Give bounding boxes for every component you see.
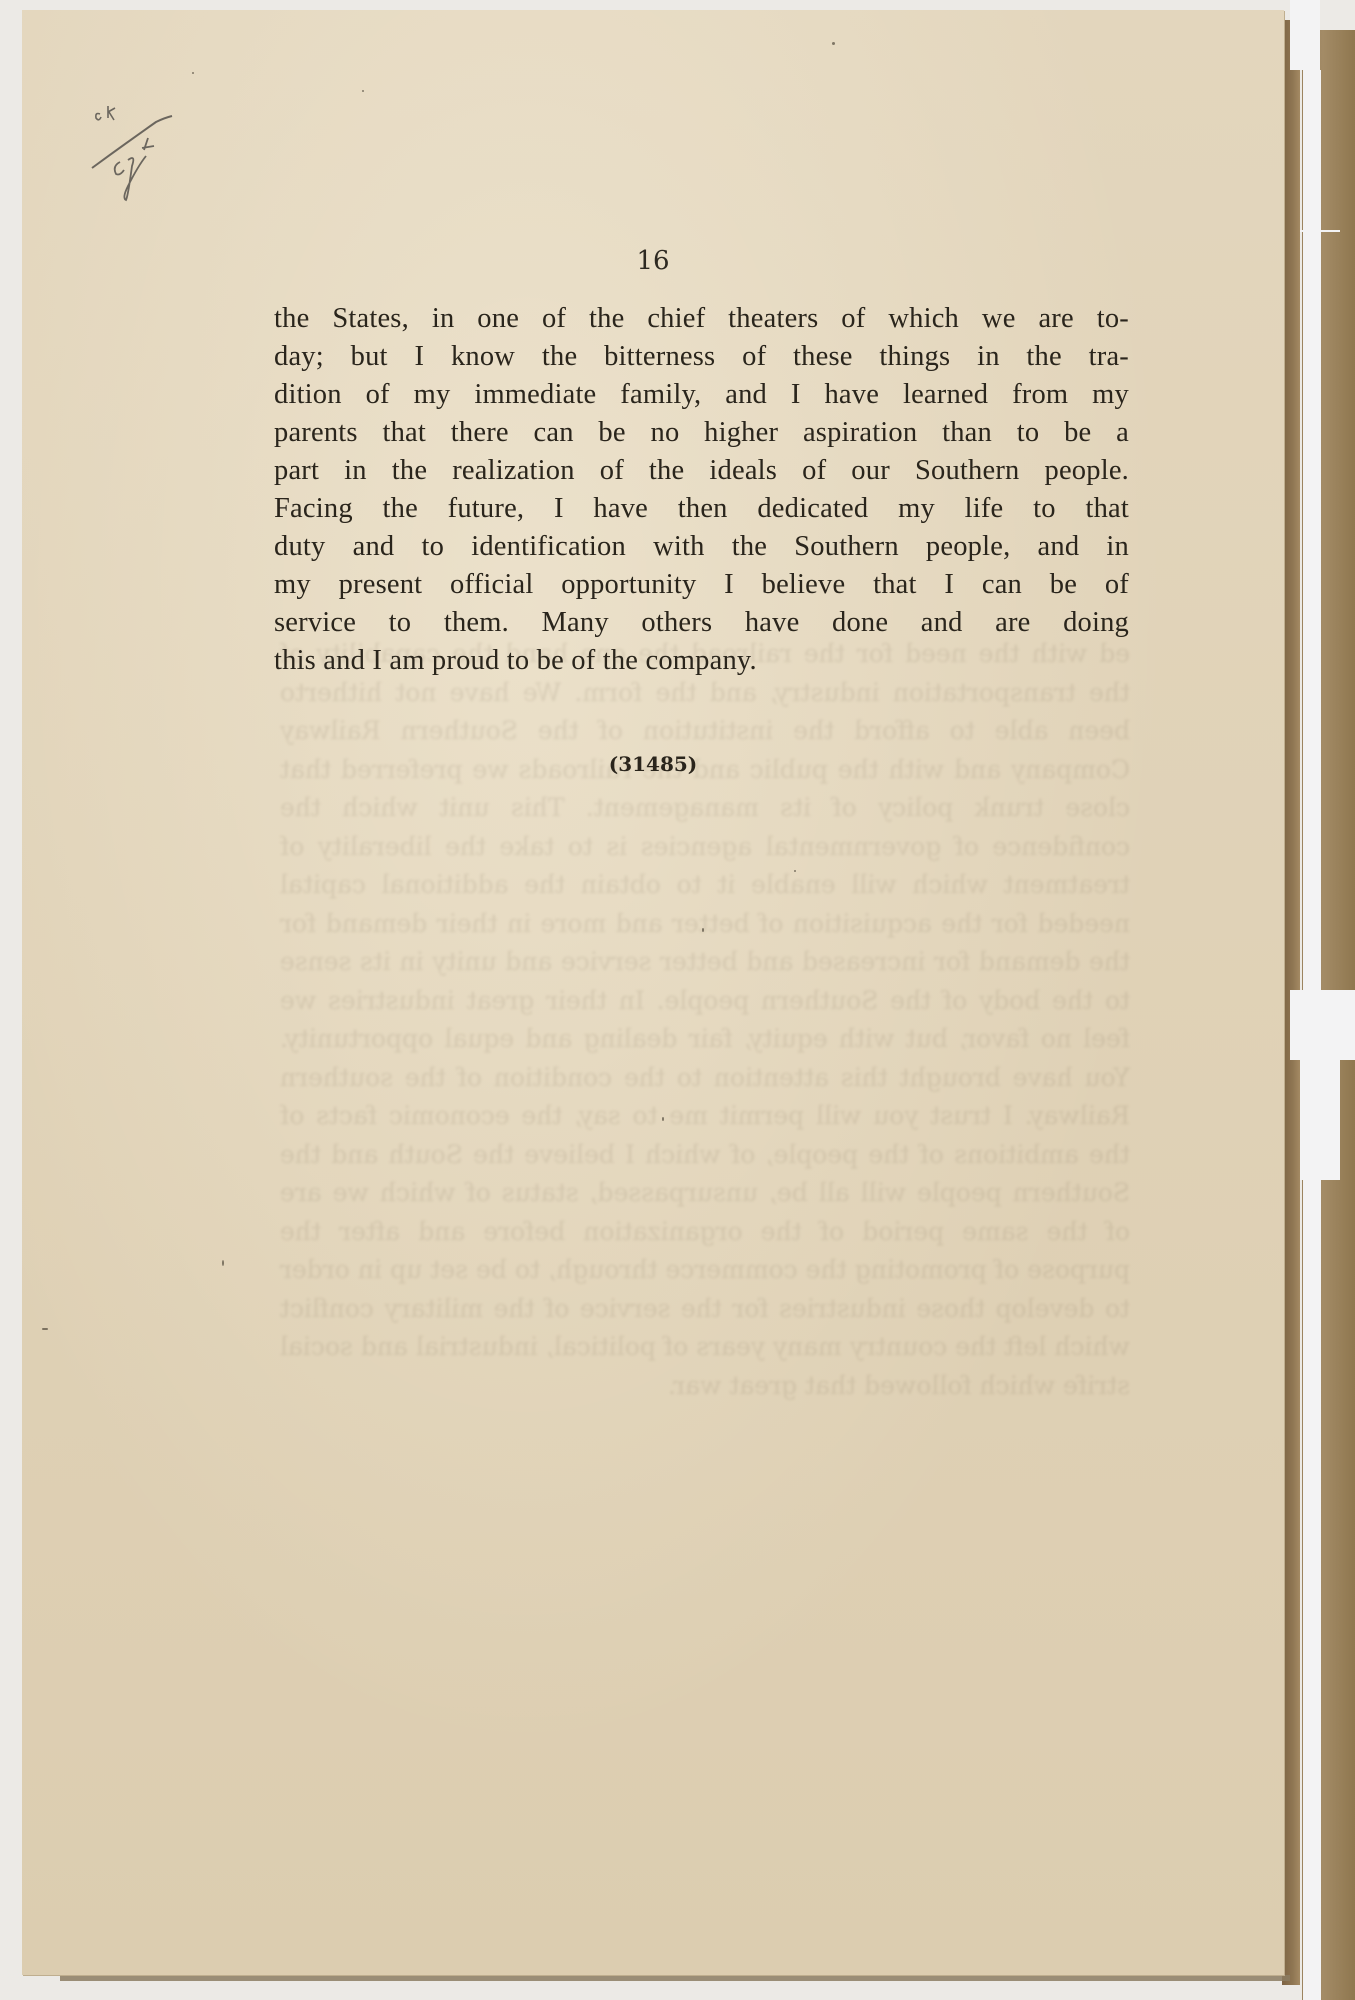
- body-paragraph: the States, in one of the chief theaters…: [274, 300, 1129, 680]
- page-number: 16: [22, 246, 1284, 276]
- body-line: the States, in one of the chief theaters…: [274, 300, 1129, 338]
- paper-speck: [362, 90, 364, 92]
- paper-speck: [192, 72, 194, 74]
- body-line: this and I am proud to be of the company…: [274, 642, 1129, 680]
- paper-speck: [702, 928, 704, 932]
- paper-speck: [794, 870, 796, 872]
- body-line: day; but I know the bitterness of these …: [274, 338, 1129, 376]
- printer-job-number: (31485): [22, 752, 1284, 776]
- document-page: ed with the need for the railroad the on…: [22, 10, 1284, 1975]
- backing-board-gap: [1290, 0, 1320, 70]
- body-line: my present official opportunity I believ…: [274, 566, 1129, 604]
- body-line: duty and to identification with the Sout…: [274, 528, 1129, 566]
- backing-board-gap: [1303, 70, 1321, 990]
- backing-board-gap: [1300, 1060, 1340, 1180]
- body-line: Facing the future, I have then dedicated…: [274, 490, 1129, 528]
- paper-speck: [662, 1117, 664, 1121]
- paper-speck: [222, 1260, 224, 1266]
- backing-board-gap: [1303, 1180, 1321, 2000]
- body-line: parents that there can be no higher aspi…: [274, 414, 1129, 452]
- paper-speck: [42, 1328, 48, 1330]
- body-line: dition of my immediate family, and I hav…: [274, 376, 1129, 414]
- handwritten-annotation: [82, 100, 202, 210]
- body-line: service to them. Many others have done a…: [274, 604, 1129, 642]
- backing-board-gap: [1290, 990, 1355, 1060]
- paper-speck: [832, 42, 835, 45]
- page-bottom-edge: [60, 1975, 1290, 1981]
- body-line: part in the realization of the ideals of…: [274, 452, 1129, 490]
- reverse-side-show-through: ed with the need for the railroad the on…: [280, 635, 1130, 1675]
